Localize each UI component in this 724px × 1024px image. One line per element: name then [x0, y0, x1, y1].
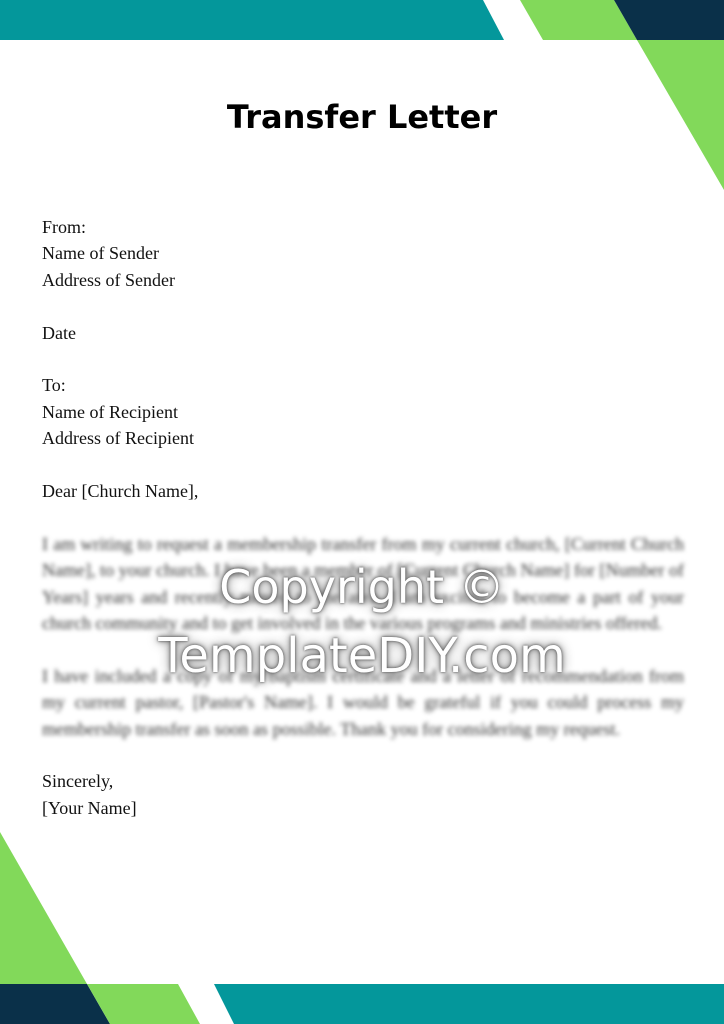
page-title: Transfer Letter: [0, 98, 724, 136]
bottom-teal-band: [214, 984, 724, 1024]
sender-address: Address of Sender: [42, 267, 684, 293]
bottom-green-triangle: [0, 832, 87, 984]
signature: [Your Name]: [42, 795, 684, 821]
to-label: To:: [42, 372, 684, 398]
closing: Sincerely,: [42, 768, 684, 794]
recipient-address: Address of Recipient: [42, 425, 684, 451]
from-label: From:: [42, 214, 684, 240]
top-teal-band: [0, 0, 504, 40]
watermark-site: TemplateDIY.com: [0, 628, 724, 684]
sender-name: Name of Sender: [42, 240, 684, 266]
salutation: Dear [Church Name],: [42, 478, 684, 504]
recipient-name: Name of Recipient: [42, 399, 684, 425]
letter-body: From: Name of Sender Address of Sender D…: [42, 214, 684, 821]
watermark-copyright: Copyright ©: [0, 560, 724, 614]
date: Date: [42, 320, 684, 346]
